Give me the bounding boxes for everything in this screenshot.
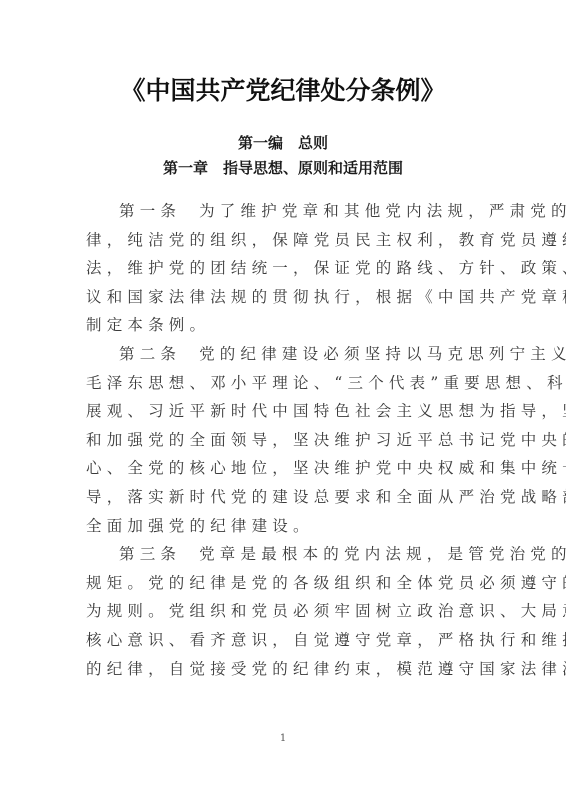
document-page: 《中国共产党纪律处分条例》 第一编 总则 第一章 指导思想、原则和适用范围 第一…: [0, 0, 566, 800]
article-line: 第三条党章是最根本的党内法规，是管党治党的总: [86, 540, 470, 569]
article-line: 规矩。党的纪律是党的各级组织和全体党员必须遵守的行: [86, 569, 470, 598]
document-title: 《中国共产党纪律处分条例》: [0, 74, 566, 108]
part-heading: 第一编 总则: [0, 131, 566, 155]
chapter-heading: 第一章 指导思想、原则和适用范围: [0, 156, 566, 180]
article-line: 的纪律，自觉接受党的纪律约束，模范遵守国家法律法规。: [86, 655, 470, 684]
article-number: 第三条: [119, 545, 181, 563]
article-line: 第一条为了维护党章和其他党内法规，严肃党的纪: [86, 197, 470, 226]
article-text: 党章是最根本的党内法规，是管党治党的总: [199, 545, 566, 563]
article-1: 第一条为了维护党章和其他党内法规，严肃党的纪 律，纯洁党的组织，保障党员民主权利…: [86, 197, 470, 340]
article-line: 第二条党的纪律建设必须坚持以马克思列宁主义、: [86, 340, 470, 369]
article-number: 第二条: [119, 345, 181, 363]
page-number: 1: [0, 733, 566, 744]
article-line: 毛泽东思想、邓小平理论、“三个代表”重要思想、科学发: [86, 369, 470, 398]
article-line: 为规则。党组织和党员必须牢固树立政治意识、大局意识、: [86, 597, 470, 626]
article-number: 第一条: [119, 202, 181, 220]
article-line: 心、全党的核心地位，坚决维护党中央权威和集中统一领: [86, 454, 470, 483]
body-text: 第一条为了维护党章和其他党内法规，严肃党的纪 律，纯洁党的组织，保障党员民主权利…: [86, 197, 470, 683]
article-line: 全面加强党的纪律建设。: [86, 512, 470, 541]
article-3: 第三条党章是最根本的党内法规，是管党治党的总 规矩。党的纪律是党的各级组织和全体…: [86, 540, 470, 683]
article-line: 律，纯洁党的组织，保障党员民主权利，教育党员遵纪守: [86, 226, 470, 255]
article-text: 党的纪律建设必须坚持以马克思列宁主义、: [199, 345, 566, 363]
article-line: 导，落实新时代党的建设总要求和全面从严治党战略部署，: [86, 483, 470, 512]
article-line: 议和国家法律法规的贯彻执行，根据《中国共产党章程》，: [86, 283, 470, 312]
article-line: 展观、习近平新时代中国特色社会主义思想为指导，坚持: [86, 397, 470, 426]
article-line: 制定本条例。: [86, 311, 470, 340]
article-text: 为了维护党章和其他党内法规，严肃党的纪: [199, 202, 566, 220]
article-line: 核心意识、看齐意识，自觉遵守党章，严格执行和维护党: [86, 626, 470, 655]
article-2: 第二条党的纪律建设必须坚持以马克思列宁主义、 毛泽东思想、邓小平理论、“三个代表…: [86, 340, 470, 540]
article-line: 法，维护党的团结统一，保证党的路线、方针、政策、决: [86, 254, 470, 283]
article-line: 和加强党的全面领导，坚决维护习近平总书记党中央的核: [86, 426, 470, 455]
